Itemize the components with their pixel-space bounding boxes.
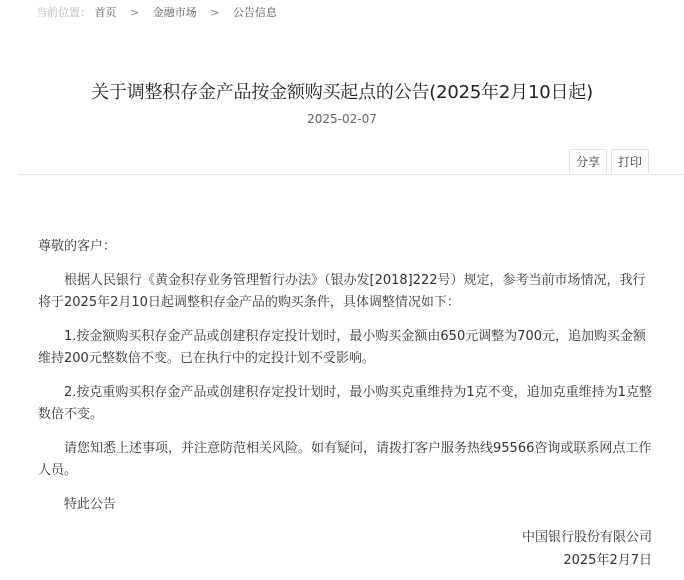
breadcrumb: 当前位置： 首页 > 金融市场 > 公告信息 — [36, 4, 277, 20]
closing-line: 特此公告 — [38, 494, 652, 516]
breadcrumb-announcements[interactable]: 公告信息 — [233, 6, 277, 19]
breadcrumb-financial-market[interactable]: 金融市场 — [153, 6, 197, 19]
paragraph: 1.按金额购买积存金产品或创建积存定投计划时，最小购买金额由650元调整为700… — [38, 326, 652, 370]
header-divider — [18, 174, 684, 175]
greeting: 尊敬的客户： — [38, 236, 652, 258]
share-button[interactable]: 分享 — [569, 149, 607, 173]
paragraph: 2.按克重购买积存金产品或创建积存定投计划时，最小购买克重维持为1克不变，追加克… — [38, 382, 652, 426]
article-date: 2025-02-07 — [0, 112, 684, 126]
article-title: 关于调整积存金产品按金额购买起点的公告(2025年2月10日起) — [0, 78, 684, 104]
article-body: 尊敬的客户： 根据人民银行《黄金积存业务管理暂行办法》（银办发[2018]222… — [38, 236, 652, 528]
print-button[interactable]: 打印 — [611, 149, 649, 173]
breadcrumb-separator: > — [130, 6, 139, 19]
breadcrumb-separator: > — [210, 6, 219, 19]
signature-date: 2025年2月7日 — [522, 549, 652, 572]
breadcrumb-prefix: 当前位置： — [36, 6, 91, 19]
signature-block: 中国银行股份有限公司 2025年2月7日 — [522, 526, 652, 572]
paragraph: 请您知悉上述事项，并注意防范相关风险。如有疑问，请拨打客户服务热线95566咨询… — [38, 438, 652, 482]
article-toolbar: 分享 打印 — [569, 149, 649, 173]
breadcrumb-home[interactable]: 首页 — [95, 6, 117, 19]
signature-organization: 中国银行股份有限公司 — [522, 526, 652, 549]
paragraph: 根据人民银行《黄金积存业务管理暂行办法》（银办发[2018]222号）规定，参考… — [38, 270, 652, 314]
